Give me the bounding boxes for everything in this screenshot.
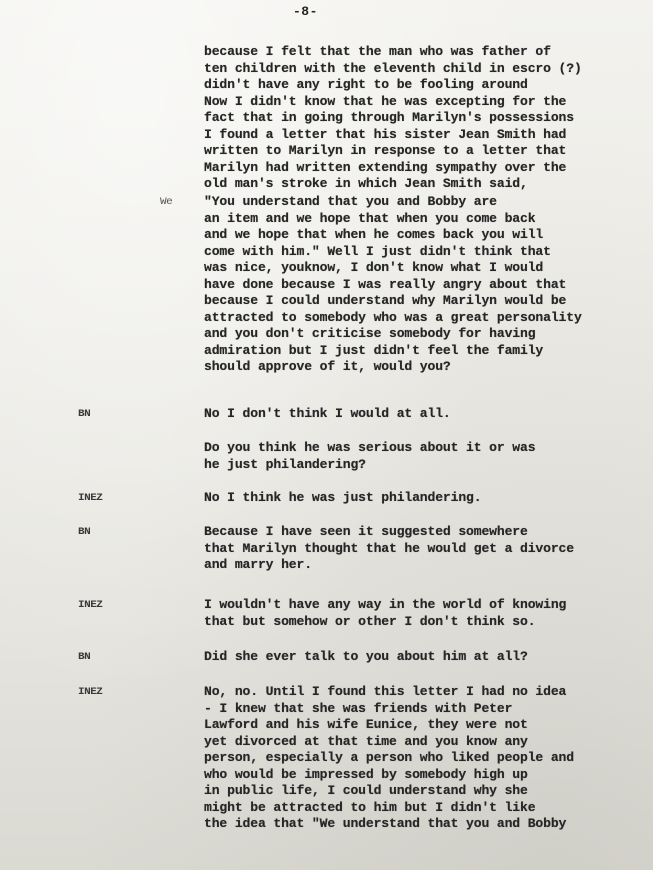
transcript-line: "You understand that you and Bobby are	[204, 194, 497, 211]
transcript-line: Now I didn't know that he was excepting …	[204, 94, 566, 111]
transcript-line: an item and we hope that when you come b…	[204, 211, 535, 228]
transcript-line: person, especially a person who liked pe…	[204, 750, 574, 767]
speaker-label: INEZ	[78, 600, 102, 611]
transcript-line: and you don't criticise somebody for hav…	[204, 326, 535, 343]
transcript-line: No I think he was just philandering.	[204, 490, 481, 507]
transcript-line: have done because I was really angry abo…	[204, 277, 566, 294]
transcript-line: yet divorced at that time and you know a…	[204, 734, 528, 751]
transcript-line: didn't have any right to be fooling arou…	[204, 77, 528, 94]
transcript-line: should approve of it, would you?	[204, 359, 451, 376]
speaker-label: INEZ	[78, 687, 102, 698]
speaker-label: INEZ	[78, 493, 102, 504]
transcript-line: I wouldn't have any way in the world of …	[204, 597, 566, 614]
transcript-line: who would be impressed by somebody high …	[204, 767, 528, 784]
transcript-line: that but somehow or other I don't think …	[204, 614, 535, 631]
speaker-label: BN	[78, 652, 90, 663]
transcript-line: written to Marilyn in response to a lett…	[204, 143, 566, 160]
transcript-line: in public life, I could understand why s…	[204, 783, 528, 800]
transcript-line: I found a letter that his sister Jean Sm…	[204, 127, 566, 144]
transcript-line: come with him." Well I just didn't think…	[204, 244, 551, 261]
page-number: -8-	[293, 4, 318, 19]
transcript-line: because I felt that the man who was fath…	[204, 44, 551, 61]
transcript-line: ten children with the eleventh child in …	[204, 61, 582, 78]
speaker-label: We	[160, 197, 172, 208]
transcript-line: because I could understand why Marilyn w…	[204, 293, 566, 310]
transcript-line: that Marilyn thought that he would get a…	[204, 541, 574, 558]
transcript-line: might be attracted to him but I didn't l…	[204, 800, 535, 817]
transcript-line: was nice, youknow, I don't know what I w…	[204, 260, 543, 277]
speaker-label: BN	[78, 527, 90, 538]
transcript-line: he just philandering?	[204, 457, 366, 474]
transcript-line: Did she ever talk to you about him at al…	[204, 649, 528, 666]
transcript-line: Do you think he was serious about it or …	[204, 440, 535, 457]
transcript-line: admiration but I just didn't feel the fa…	[204, 343, 543, 360]
transcript-line: attracted to somebody who was a great pe…	[204, 310, 582, 327]
transcript-line: No, no. Until I found this letter I had …	[204, 684, 566, 701]
typewritten-page: -8- because I felt that the man who was …	[0, 0, 653, 870]
transcript-line: old man's stroke in which Jean Smith sai…	[204, 176, 528, 193]
transcript-line: Because I have seen it suggested somewhe…	[204, 524, 528, 541]
transcript-line: Lawford and his wife Eunice, they were n…	[204, 717, 528, 734]
transcript-line: fact that in going through Marilyn's pos…	[204, 110, 574, 127]
transcript-line: and we hope that when he comes back you …	[204, 227, 543, 244]
transcript-line: the idea that "We understand that you an…	[204, 816, 566, 833]
transcript-line: - I knew that she was friends with Peter	[204, 701, 512, 718]
speaker-label: BN	[78, 409, 90, 420]
transcript-line: No I don't think I would at all.	[204, 406, 451, 423]
transcript-line: Marilyn had written extending sympathy o…	[204, 160, 566, 177]
transcript-line: and marry her.	[204, 557, 312, 574]
